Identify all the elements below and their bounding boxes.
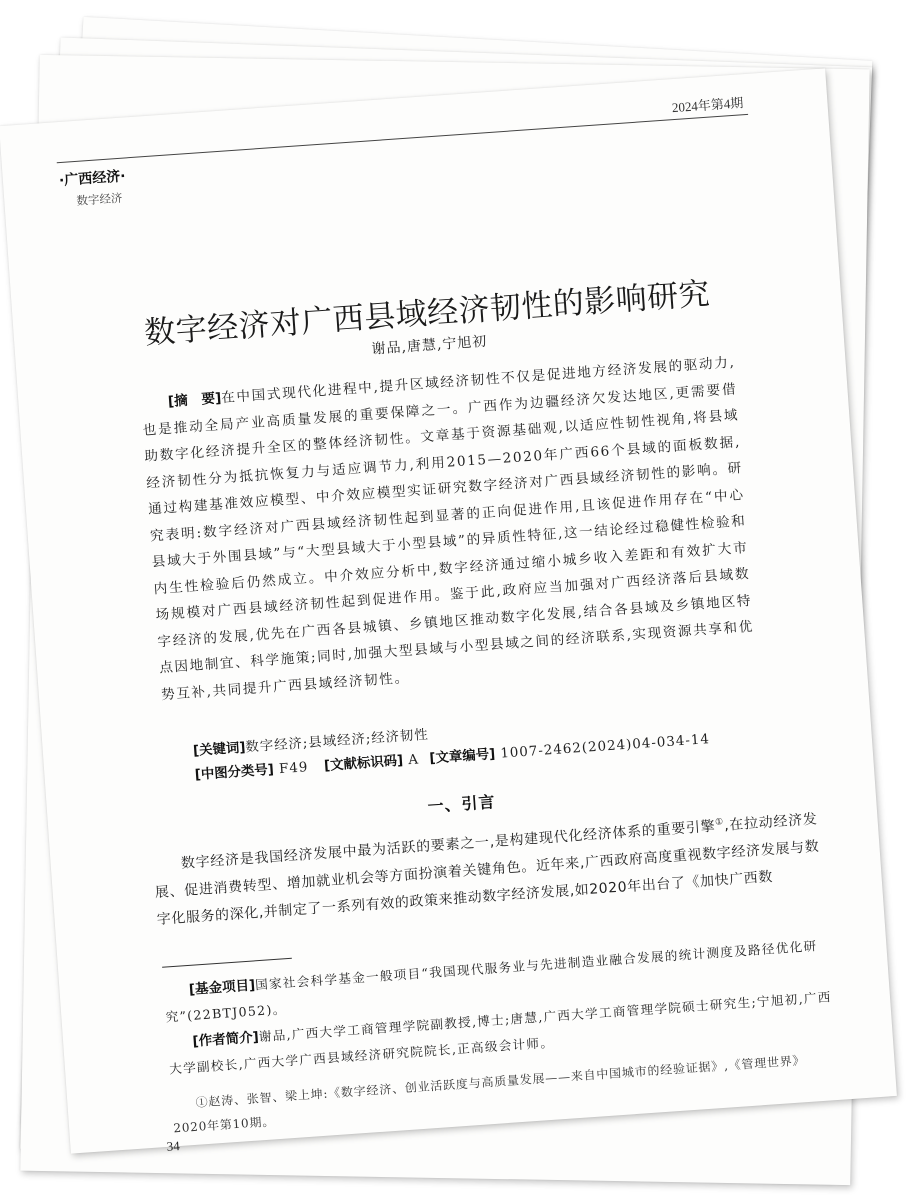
article-page: 2024年第4期 ·广西经济· 数字经济 数字经济对广西县域经济韧性的影响研究 …: [0, 68, 897, 1153]
fund-label: [基金项目]: [188, 977, 255, 998]
header-rule: [57, 114, 748, 163]
clc-label: [中图分类号]: [194, 763, 274, 783]
doc-code-value: A: [408, 752, 420, 768]
page-number: 34: [166, 1138, 180, 1155]
doc-code-label: [文献标识码]: [324, 754, 404, 774]
column-name: ·广西经济·: [58, 165, 126, 190]
abstract-text: 在中国式现代化进程中,提升区域经济韧性不仅是促进地方经济发展的驱动力,也是推动全…: [142, 354, 754, 702]
subcolumn-name: 数字经济: [76, 190, 123, 209]
issue-label: 2024年第4期: [671, 92, 744, 116]
keywords-label: [关键词]: [193, 740, 246, 759]
article-no-label: [文章编号]: [429, 747, 496, 767]
author-info-label: [作者简介]: [192, 1029, 259, 1050]
abstract: [摘 要]在中国式现代化进程中,提升区域经济韧性不仅是促进地方经济发展的驱动力,…: [140, 349, 757, 708]
footnote-rule: [162, 958, 292, 968]
abstract-label: [摘 要]: [167, 390, 221, 410]
clc-value: F49: [279, 760, 309, 777]
article-no-value: 1007-2462(2024)04-034-14: [500, 732, 710, 762]
